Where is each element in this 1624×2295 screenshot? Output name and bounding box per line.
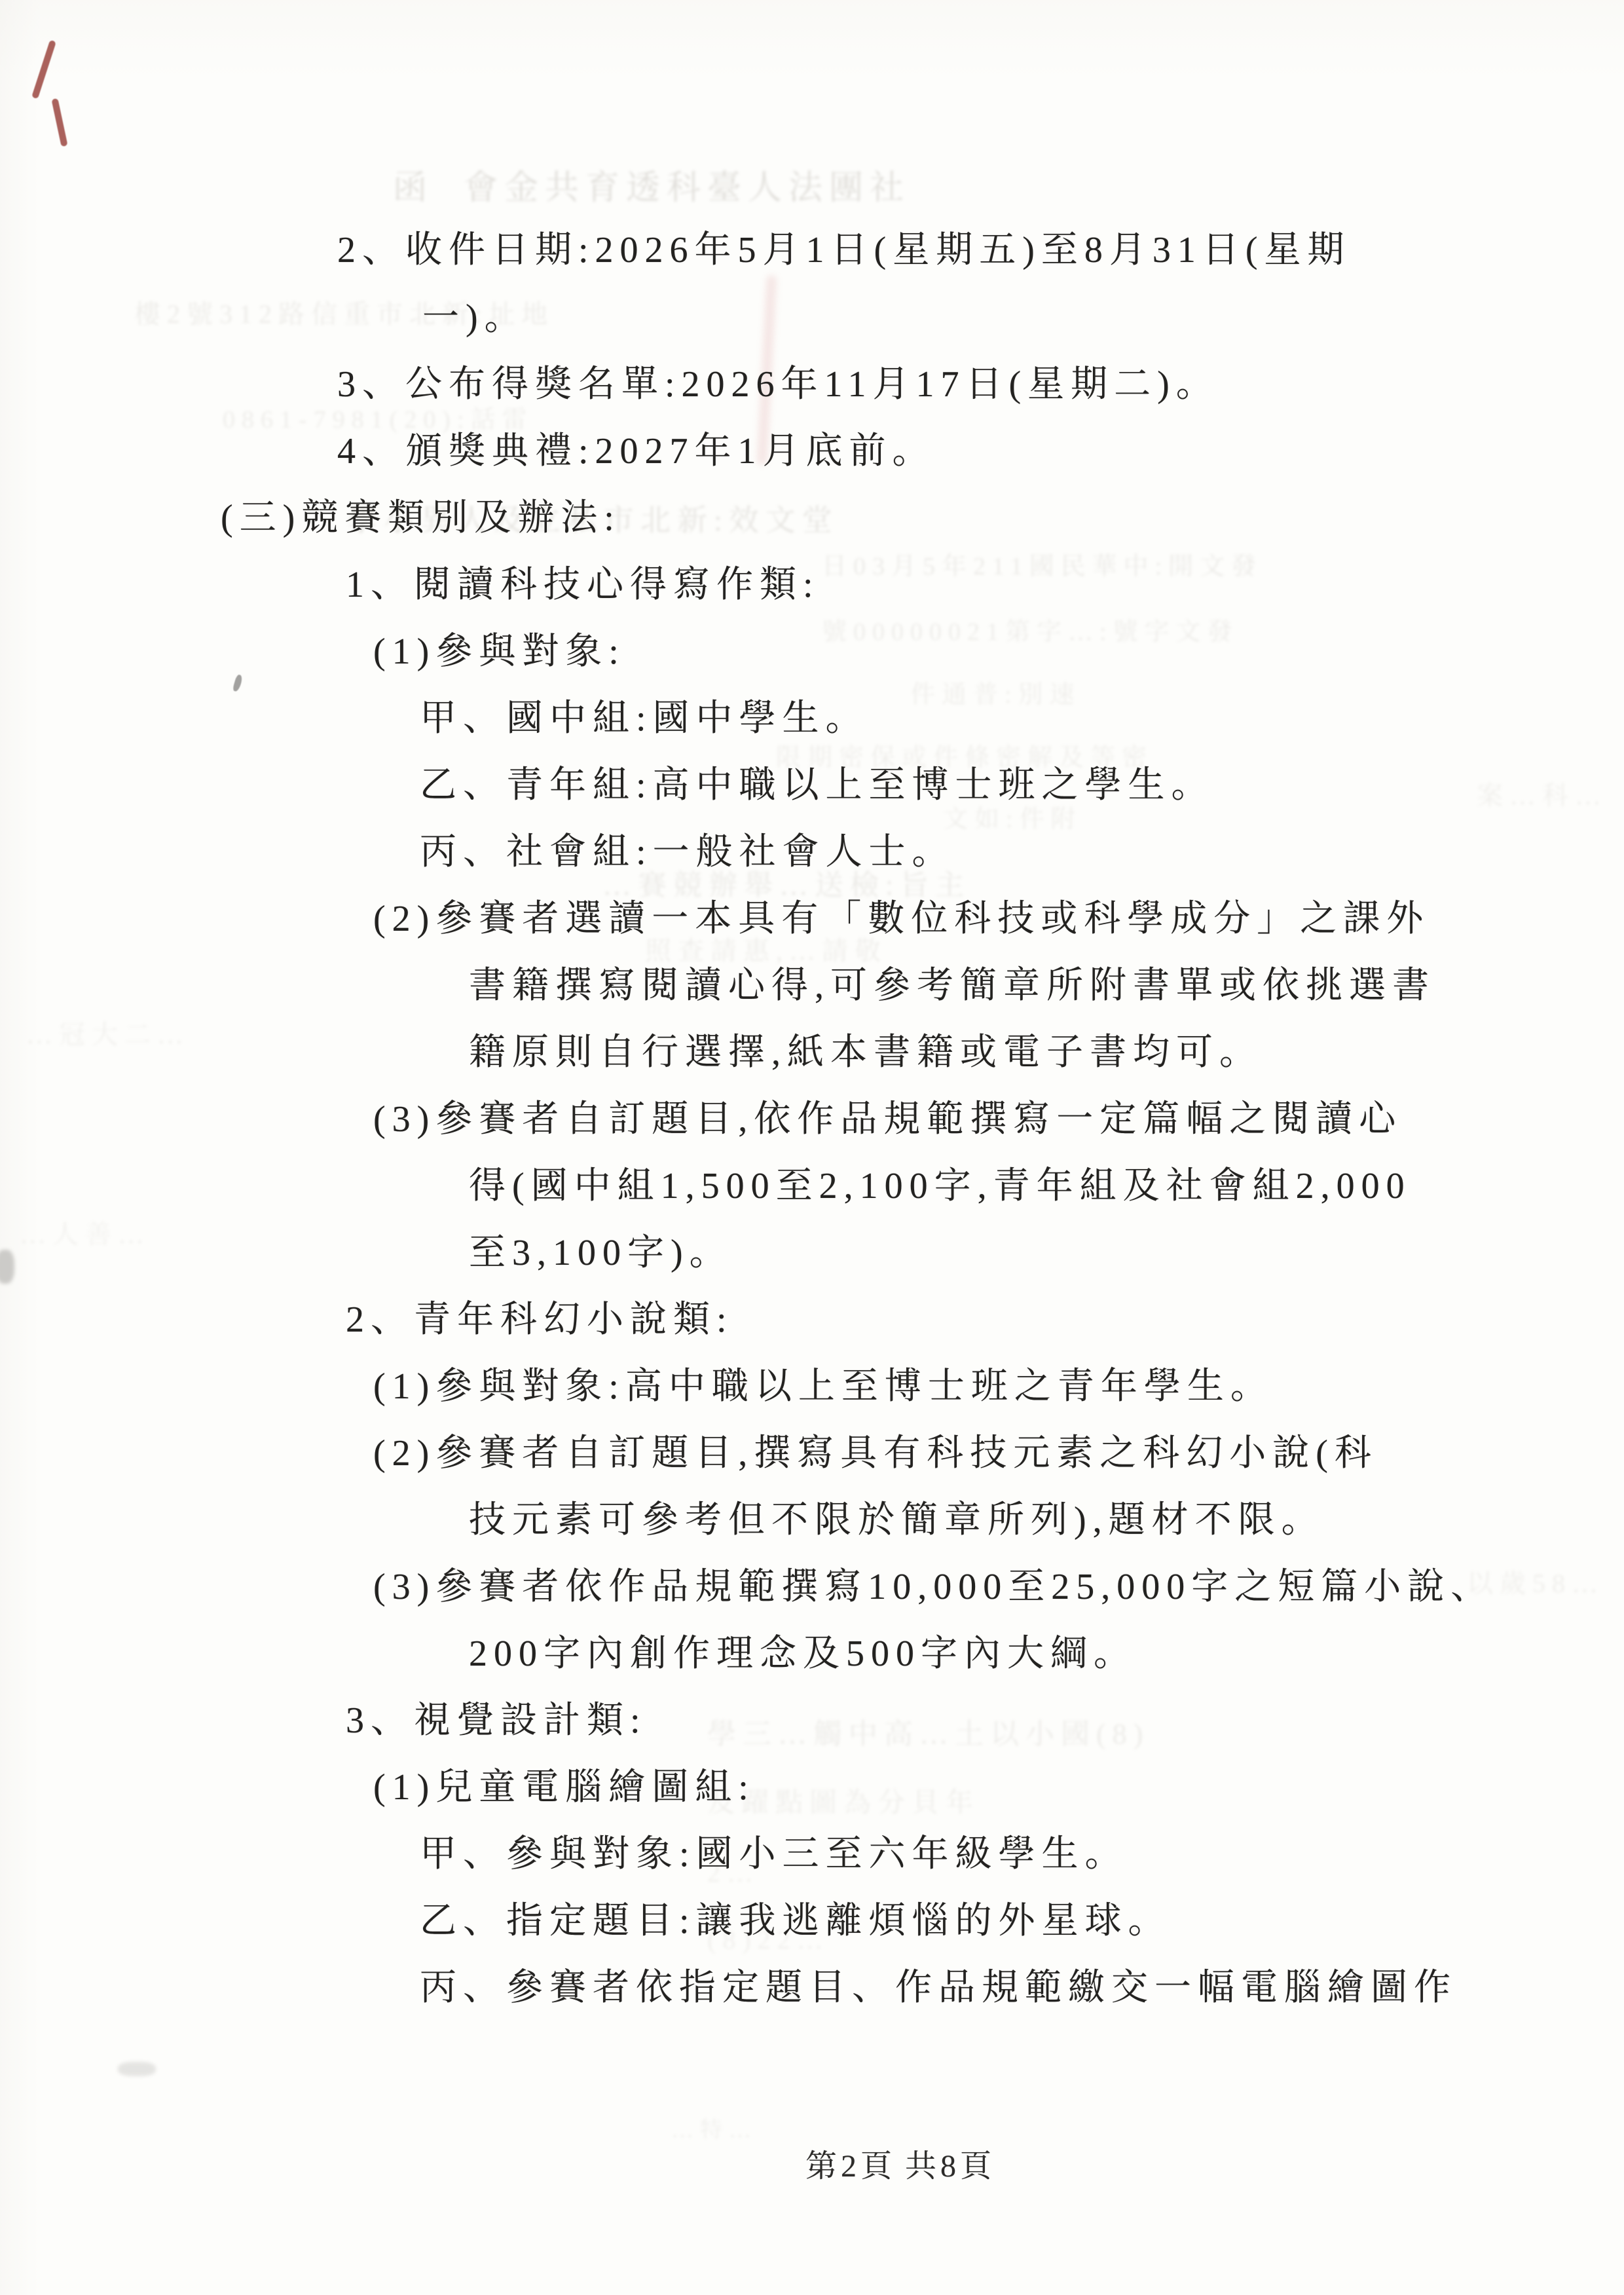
doc-line-section-3-heading: (三)競賽類別及辦法: [221, 499, 621, 538]
bleed-through-line: 照查請惠,…請敬 [645, 938, 887, 964]
footer-page-number: 第2頁 [805, 2140, 896, 2186]
doc-line-rule-2: (2)參賽者選讀一本具有「數位科技或科學成分」之課外 [373, 900, 1430, 939]
doc-line-participants-label: (1)參與對象: [373, 633, 625, 671]
doc-line-award-ceremony: 4、頒獎典禮:2027年1月底前。 [337, 432, 936, 471]
doc-line-rule-3-cont2: 至3,100字)。 [469, 1234, 733, 1273]
doc-line-rule-3-cont: 得(國中組1,500至2,100字,青年組及社會組2,000 [469, 1167, 1411, 1206]
bleed-through-line: 日03月5年211國民華中:開文發 [822, 554, 1263, 579]
bleed-through-line: …人善… [20, 1222, 151, 1248]
red-pen-mark [31, 40, 56, 100]
doc-line-cat3-group-1: (1)兒童電腦繪圖組: [373, 1768, 755, 1807]
footer-page-total: 共8頁 [905, 2140, 995, 2186]
bleed-through-line: 件通普:別速 [910, 682, 1081, 707]
bleed-through-line: 0861-7981(20):話雷 [223, 407, 534, 432]
doc-line-category-3-heading: 3、視覺設計類: [346, 1702, 647, 1740]
corner-smudge [118, 2062, 156, 2076]
doc-line-rule-3: (3)參賽者自訂題目,依作品規範撰寫一定篇幅之閱讀心 [373, 1100, 1402, 1139]
doc-line-winners-announce: 3、公布得獎名單:2026年11月17日(星期二)。 [337, 365, 1219, 404]
bleed-through-header: 函 會金共育透科臺人法團社 [393, 172, 910, 206]
doc-line-rule-2-cont2: 籍原則自行選擇,紙本書籍或電子書均可。 [469, 1034, 1263, 1072]
doc-line-group-b: 乙、青年組:高中職以上至博士班之學生。 [420, 766, 1215, 805]
bleed-through-line: 案…科… [1477, 783, 1608, 809]
bleed-through-line: 號00000021第字…:號字文發 [822, 620, 1239, 644]
doc-line-cat2-participants: (1)參與對象:高中職以上至博士班之青年學生。 [373, 1368, 1274, 1406]
paper-background: 函 會金共育透科臺人法團社 樓2號312路信重市北新:址地 0861-7981(… [0, 0, 1624, 2295]
doc-line-cat3-topic: 乙、指定題目:讓我逃離煩惱的外星球。 [420, 1902, 1172, 1941]
doc-line-group-c: 丙、社會組:一般社會人士。 [420, 833, 955, 872]
doc-line-date-received: 2、收件日期:2026年5月1日(星期五)至8月31日(星期 [337, 231, 1351, 270]
doc-line-cat3-participants: 甲、參與對象:國小三至六年級學生。 [420, 1835, 1128, 1874]
doc-line-continuation: 一)。 [422, 299, 528, 337]
bleed-through-line: …賽競辦舉…送檢:旨主 [602, 871, 970, 900]
bleed-through-line: 學三…觸中高…土以小國(8) [707, 1720, 1149, 1749]
bleed-through-line: …冠大二… [26, 1022, 190, 1048]
doc-line-cat2-rule-3-cont: 200字內創作理念及500字內大綱。 [469, 1635, 1137, 1673]
scanned-document-page: { "document": { "language": "zh-Hant", "… [0, 0, 1624, 2295]
bleed-through-line: 文如:件附 [943, 807, 1082, 832]
doc-line-cat2-rule-3: (3)參賽者依作品規範撰寫10,000至25,000字之短篇小說、 [373, 1568, 1494, 1607]
doc-line-category-2-heading: 2、青年科幻小說類: [346, 1301, 733, 1339]
edge-smudge [0, 1250, 14, 1284]
doc-line-cat2-rule-2-cont: 技元素可參考但不限於簡章所列),題材不限。 [469, 1501, 1325, 1540]
red-pen-mark [51, 98, 67, 147]
doc-line-cat3-submission: 丙、參賽者依指定題目、作品規範繳交一幅電腦繪圖作 [420, 1969, 1457, 2007]
stray-ink-mark [232, 674, 244, 692]
doc-line-category-1-heading: 1、閱讀科技心得寫作類: [346, 566, 820, 605]
bleed-through-line: …特… [671, 2119, 758, 2142]
doc-line-group-a: 甲、國中組:國中學生。 [420, 700, 869, 738]
doc-line-rule-2-cont: 書籍撰寫閱讀心得,可參考簡章所附書單或依挑選書 [469, 967, 1435, 1005]
doc-line-cat2-rule-2: (2)參賽者自訂題目,撰寫具有科技元素之科幻小說(科 [373, 1434, 1378, 1473]
